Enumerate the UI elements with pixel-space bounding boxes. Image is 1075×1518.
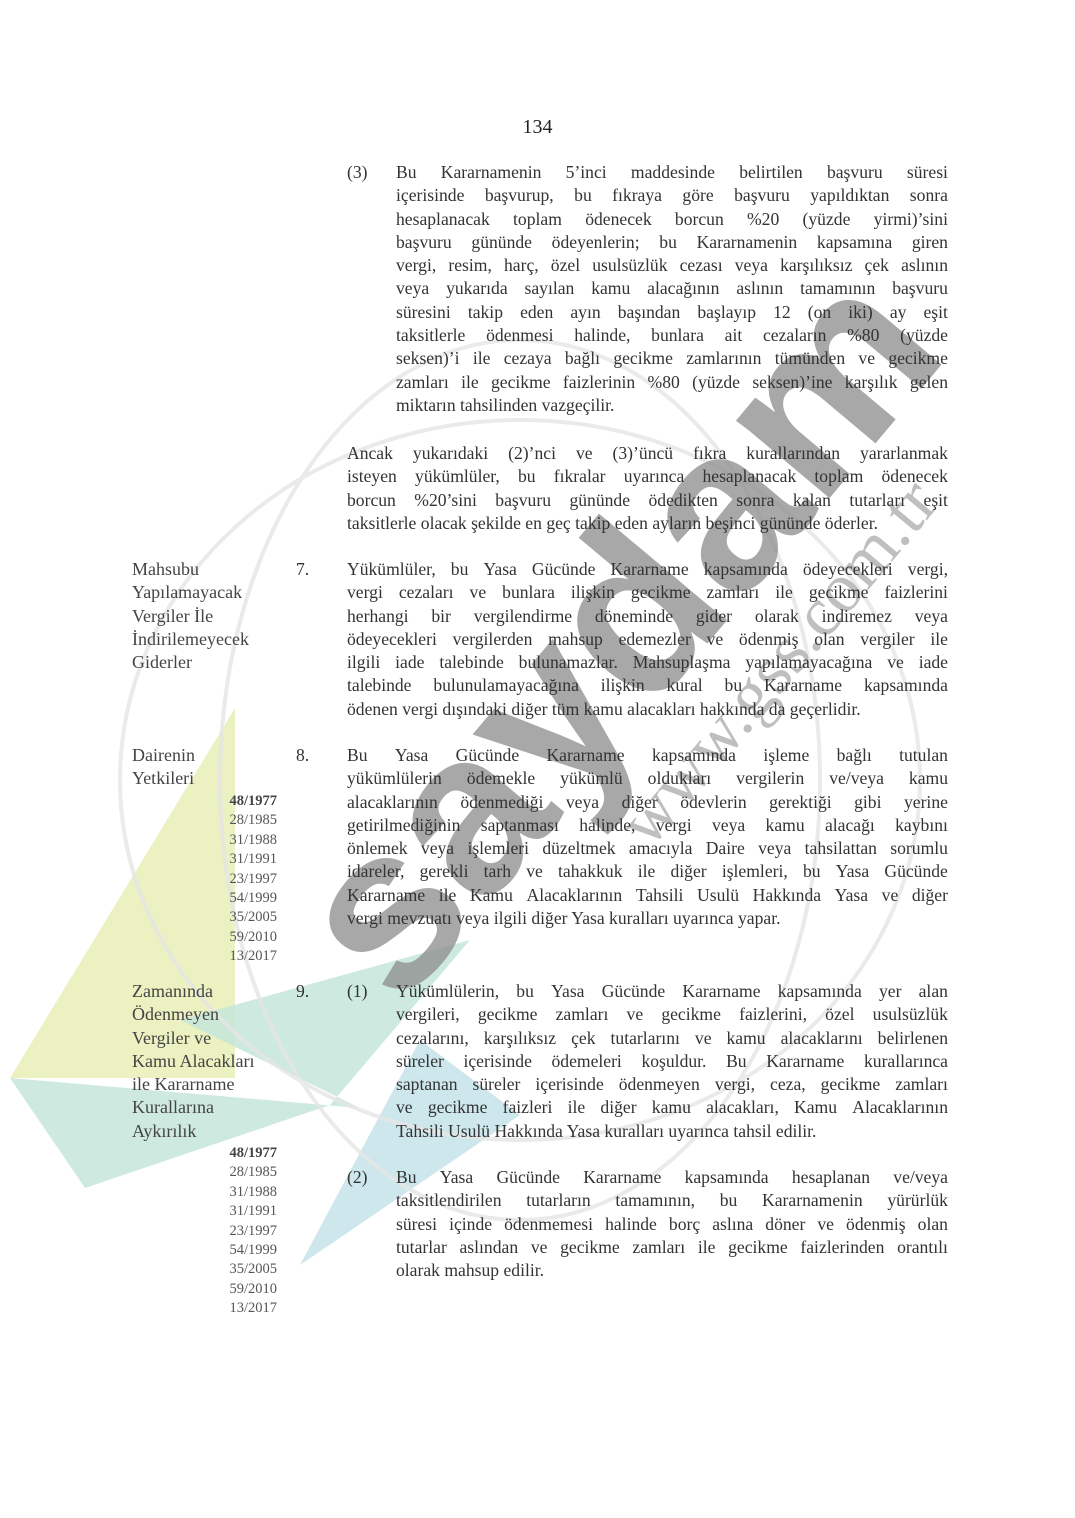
reference-item: 59/2010 bbox=[207, 1280, 277, 1299]
heading-line: Aykırılık bbox=[132, 1120, 254, 1143]
reference-item: 23/1997 bbox=[207, 870, 277, 889]
reference-item: 54/1999 bbox=[207, 889, 277, 908]
section-8-references: 48/197728/198531/198831/199123/199754/19… bbox=[207, 792, 277, 967]
ancak-paragraph-line: isteyenyükümlüler,bufıkralaruyarıncahesa… bbox=[347, 465, 948, 488]
heading-line: Zamanında bbox=[132, 980, 254, 1003]
reference-item: 35/2005 bbox=[207, 1260, 277, 1279]
section-7-body: Yükümlüler,buYasaGücündeKararnamekapsamı… bbox=[347, 558, 948, 721]
heading-line: Yetkileri bbox=[132, 767, 195, 790]
reference-item: 31/1991 bbox=[207, 1202, 277, 1221]
reference-item: 23/1997 bbox=[207, 1222, 277, 1241]
section-9-references: 48/197728/198531/198831/199123/199754/19… bbox=[207, 1144, 277, 1319]
section-9-sub-1-label: (1) bbox=[347, 980, 368, 1003]
paragraph-3-line: vergi,resim,harç,özelusulsüzlükcezasıvey… bbox=[396, 254, 948, 277]
heading-line: İndirilemeyecek bbox=[132, 628, 249, 651]
section-8-line: BuYasaGücündeKararnamekapsamındaişlemeba… bbox=[347, 744, 948, 767]
section-9-sub-1-line: cezalarını,karşılıksızçektutarlarınıveka… bbox=[396, 1027, 948, 1050]
section-8-line: vergi mevzuatı veya ilgili diğer Yasa ku… bbox=[347, 907, 948, 930]
paragraph-3-line: miktarın tahsilinden vazgeçilir. bbox=[396, 394, 948, 417]
reference-item: 48/1977 bbox=[207, 1144, 277, 1163]
heading-line: Giderler bbox=[132, 651, 249, 674]
paragraph-3-line: başvurugünündeödeyenlerin;buKararnamenin… bbox=[396, 231, 948, 254]
section-9-sub-2-line: süresiiçindeödenmemesihalindeborçaslınad… bbox=[396, 1213, 948, 1236]
section-9-sub-1-line: vergileri,gecikmezamlarıvegecikmefaizler… bbox=[396, 1003, 948, 1026]
paragraph-3-line: BuKararnamenin5’incimaddesindebelirtilen… bbox=[396, 161, 948, 184]
section-9-sub-1-line: saptanansüreleriçerisindeödenmeyenvergi,… bbox=[396, 1073, 948, 1096]
section-7-line: Yükümlüler,buYasaGücündeKararnamekapsamı… bbox=[347, 558, 948, 581]
reference-item: 31/1988 bbox=[207, 1183, 277, 1202]
section-7-heading: MahsubuYapılamayacakVergiler İleİndirile… bbox=[132, 558, 249, 674]
section-9-sub-2-label: (2) bbox=[347, 1166, 368, 1189]
reference-item: 28/1985 bbox=[207, 1163, 277, 1182]
ancak-paragraph: Ancakyukarıdaki(2)’ncive(3)’üncüfıkrakur… bbox=[347, 442, 948, 535]
section-7-number: 7. bbox=[296, 558, 309, 581]
section-8-line: KararnameileKamuAlacaklarınınTahsiliUsul… bbox=[347, 884, 948, 907]
heading-line: Kamu Alacakları bbox=[132, 1050, 254, 1073]
section-7-line: ilgiliiadetalebindebulunamazlar.Mahsupla… bbox=[347, 651, 948, 674]
paragraph-3-line: taksitlerleödenmesihalinde,bunlaraaitcez… bbox=[396, 324, 948, 347]
section-9-sub-2-line: BuYasaGücündeKararnamekapsamındahesaplan… bbox=[396, 1166, 948, 1189]
section-8-line: idareler,gereklitarhvetahakkukilediğeriş… bbox=[347, 860, 948, 883]
section-7-line: ödenen vergi dışındaki diğer tüm kamu al… bbox=[347, 698, 948, 721]
section-8-line: önlemekveyaişlemleridüzeltmekamacıylaDai… bbox=[347, 837, 948, 860]
section-7-line: vergicezalarıvebunlarailişkingecikmezaml… bbox=[347, 581, 948, 604]
section-9-sub-1-line: Tahsili Usulü Hakkında Yasa kuralları uy… bbox=[396, 1120, 948, 1143]
reference-item: 35/2005 bbox=[207, 908, 277, 927]
heading-line: Vergiler İle bbox=[132, 605, 249, 628]
paragraph-3-label: (3) bbox=[347, 161, 368, 184]
heading-line: Yapılamayacak bbox=[132, 581, 249, 604]
heading-line: Ödenmeyen bbox=[132, 1003, 254, 1026]
ancak-paragraph-line: taksitlerle olacak şekilde en geç takip … bbox=[347, 512, 948, 535]
section-8-body: BuYasaGücündeKararnamekapsamındaişlemeba… bbox=[347, 744, 948, 930]
reference-item: 59/2010 bbox=[207, 928, 277, 947]
section-9-sub-2-line: taksitlendirilentutarlarıntamamının,buKa… bbox=[396, 1189, 948, 1212]
section-9-sub-1-line: süreleriçerisindeödemelerikoşuldur.BuKar… bbox=[396, 1050, 948, 1073]
section-9-heading: ZamanındaÖdenmeyenVergiler veKamu Alacak… bbox=[132, 980, 254, 1143]
section-9-sub-2-line: olarak mahsup edilir. bbox=[396, 1259, 948, 1282]
section-8-number: 8. bbox=[296, 744, 309, 767]
heading-line: ile Kararname bbox=[132, 1073, 254, 1096]
ancak-paragraph-line: Ancakyukarıdaki(2)’ncive(3)’üncüfıkrakur… bbox=[347, 442, 948, 465]
paragraph-3-line: zamlarıilegecikmefaizlerinin%80(yüzdesek… bbox=[396, 371, 948, 394]
reference-item: 13/2017 bbox=[207, 947, 277, 966]
page-number: 134 bbox=[0, 116, 1075, 139]
section-9-number: 9. bbox=[296, 980, 309, 1003]
section-7-line: herhangibirvergilendirmedönemindegiderol… bbox=[347, 605, 948, 628]
reference-item: 48/1977 bbox=[207, 792, 277, 811]
section-9-sub-1-line: Yükümlülerin,buYasaGücündeKararnamekapsa… bbox=[396, 980, 948, 1003]
paragraph-3-line: veyayukarıdasayılankamualacağınınaslının… bbox=[396, 277, 948, 300]
section-9-sub-1-body: Yükümlülerin,buYasaGücündeKararnamekapsa… bbox=[396, 980, 948, 1143]
paragraph-3-line: süresinitakipedenayınbaşındanbaşlayıp12(… bbox=[396, 301, 948, 324]
paragraph-3: BuKararnamenin5’incimaddesindebelirtilen… bbox=[396, 161, 948, 417]
section-8-line: alacaklarınınödenmediğiveyadiğerödevleri… bbox=[347, 791, 948, 814]
section-7-line: ödeyeceklerivergilerdenmahsupedemezlerve… bbox=[347, 628, 948, 651]
section-8-line: yükümlülerinödemekleyükümlüolduklarıverg… bbox=[347, 767, 948, 790]
paragraph-3-line: hesaplanacaktoplamödenecekborcun%20(yüzd… bbox=[396, 208, 948, 231]
section-9-sub-1-line: vegecikmefaizleriilediğerkamualacakları,… bbox=[396, 1096, 948, 1119]
heading-line: Mahsubu bbox=[132, 558, 249, 581]
section-9-sub-2-line: tutarlaraslındanvegecikmezamlarıilegecik… bbox=[396, 1236, 948, 1259]
paragraph-3-line: seksen)’iilecezayabağlıgecikmezamlarının… bbox=[396, 347, 948, 370]
ancak-paragraph-line: borcun%20’sinibaşvurugünündeödediktenson… bbox=[347, 489, 948, 512]
section-8-heading: DaireninYetkileri bbox=[132, 744, 195, 791]
reference-item: 31/1988 bbox=[207, 831, 277, 850]
reference-item: 13/2017 bbox=[207, 1299, 277, 1318]
reference-item: 31/1991 bbox=[207, 850, 277, 869]
heading-line: Dairenin bbox=[132, 744, 195, 767]
section-9-sub-2-body: BuYasaGücündeKararnamekapsamındahesaplan… bbox=[396, 1166, 948, 1282]
section-7-line: talebindebulunulamayacağınailişkinkuralb… bbox=[347, 674, 948, 697]
reference-item: 54/1999 bbox=[207, 1241, 277, 1260]
reference-item: 28/1985 bbox=[207, 811, 277, 830]
heading-line: Vergiler ve bbox=[132, 1027, 254, 1050]
paragraph-3-line: içerisindebaşvurup,bufıkrayagörebaşvuruy… bbox=[396, 184, 948, 207]
heading-line: Kurallarına bbox=[132, 1096, 254, 1119]
section-8-line: getirilmediğininsaptanmasıhalinde,vergiv… bbox=[347, 814, 948, 837]
